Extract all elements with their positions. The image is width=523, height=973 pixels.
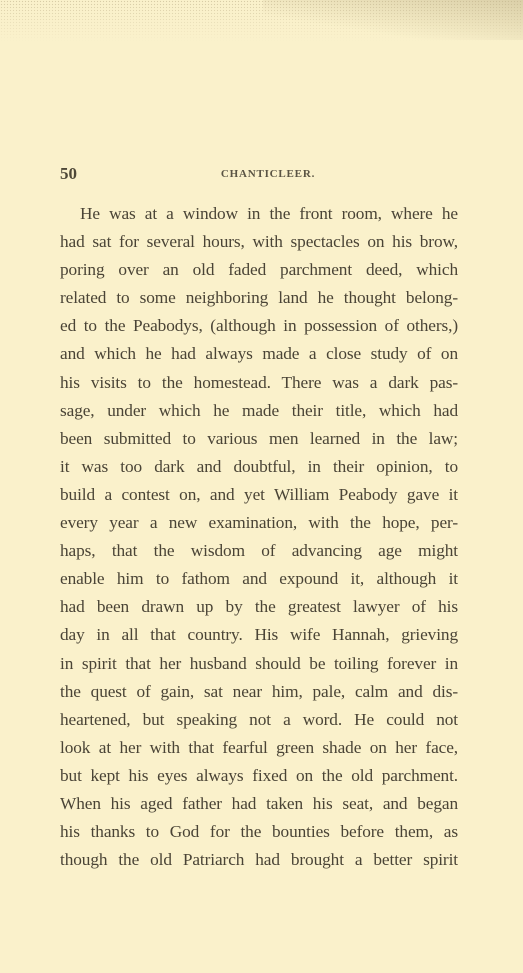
text-line: in spirit that her husband should be toi… [60, 650, 458, 678]
text-line: every year a new examination, with the h… [60, 509, 458, 537]
text-line: enable him to fathom and expound it, alt… [60, 565, 458, 593]
text-line: related to some neighboring land he thou… [60, 284, 458, 312]
text-line: his thanks to God for the bounties befor… [60, 818, 458, 846]
text-line: When his aged father had taken his seat,… [60, 790, 458, 818]
text-line: had sat for several hours, with spectacl… [60, 228, 458, 256]
book-page: 50 CHANTICLEER. He was at a window in th… [60, 160, 458, 874]
text-line: the quest of gain, sat near him, pale, c… [60, 678, 458, 706]
text-line: day in all that country. His wife Hannah… [60, 621, 458, 649]
text-line: heartened, but speaking not a word. He c… [60, 706, 458, 734]
text-line: ed to the Peabodys, (although in possess… [60, 312, 458, 340]
text-line: it was too dark and doubtful, in their o… [60, 453, 458, 481]
text-line: though the old Patriarch had brought a b… [60, 846, 458, 874]
text-line: build a contest on, and yet William Peab… [60, 481, 458, 509]
running-title: CHANTICLEER. [60, 168, 458, 180]
text-line: sage, under which he made their title, w… [60, 397, 458, 425]
paper-stain-top-right [263, 0, 523, 40]
body-text: He was at a window in the front room, wh… [60, 200, 458, 874]
text-line: been submitted to various men learned in… [60, 425, 458, 453]
text-line: haps, that the wisdom of advancing age m… [60, 537, 458, 565]
running-head: 50 CHANTICLEER. [60, 160, 458, 184]
text-line: had been drawn up by the greatest lawyer… [60, 593, 458, 621]
text-line: look at her with that fearful green shad… [60, 734, 458, 762]
text-line: his visits to the homestead. There was a… [60, 369, 458, 397]
text-line: He was at a window in the front room, wh… [60, 200, 458, 228]
text-line: poring over an old faded parchment deed,… [60, 256, 458, 284]
text-line: and which he had always made a close stu… [60, 340, 458, 368]
text-line: but kept his eyes always fixed on the ol… [60, 762, 458, 790]
